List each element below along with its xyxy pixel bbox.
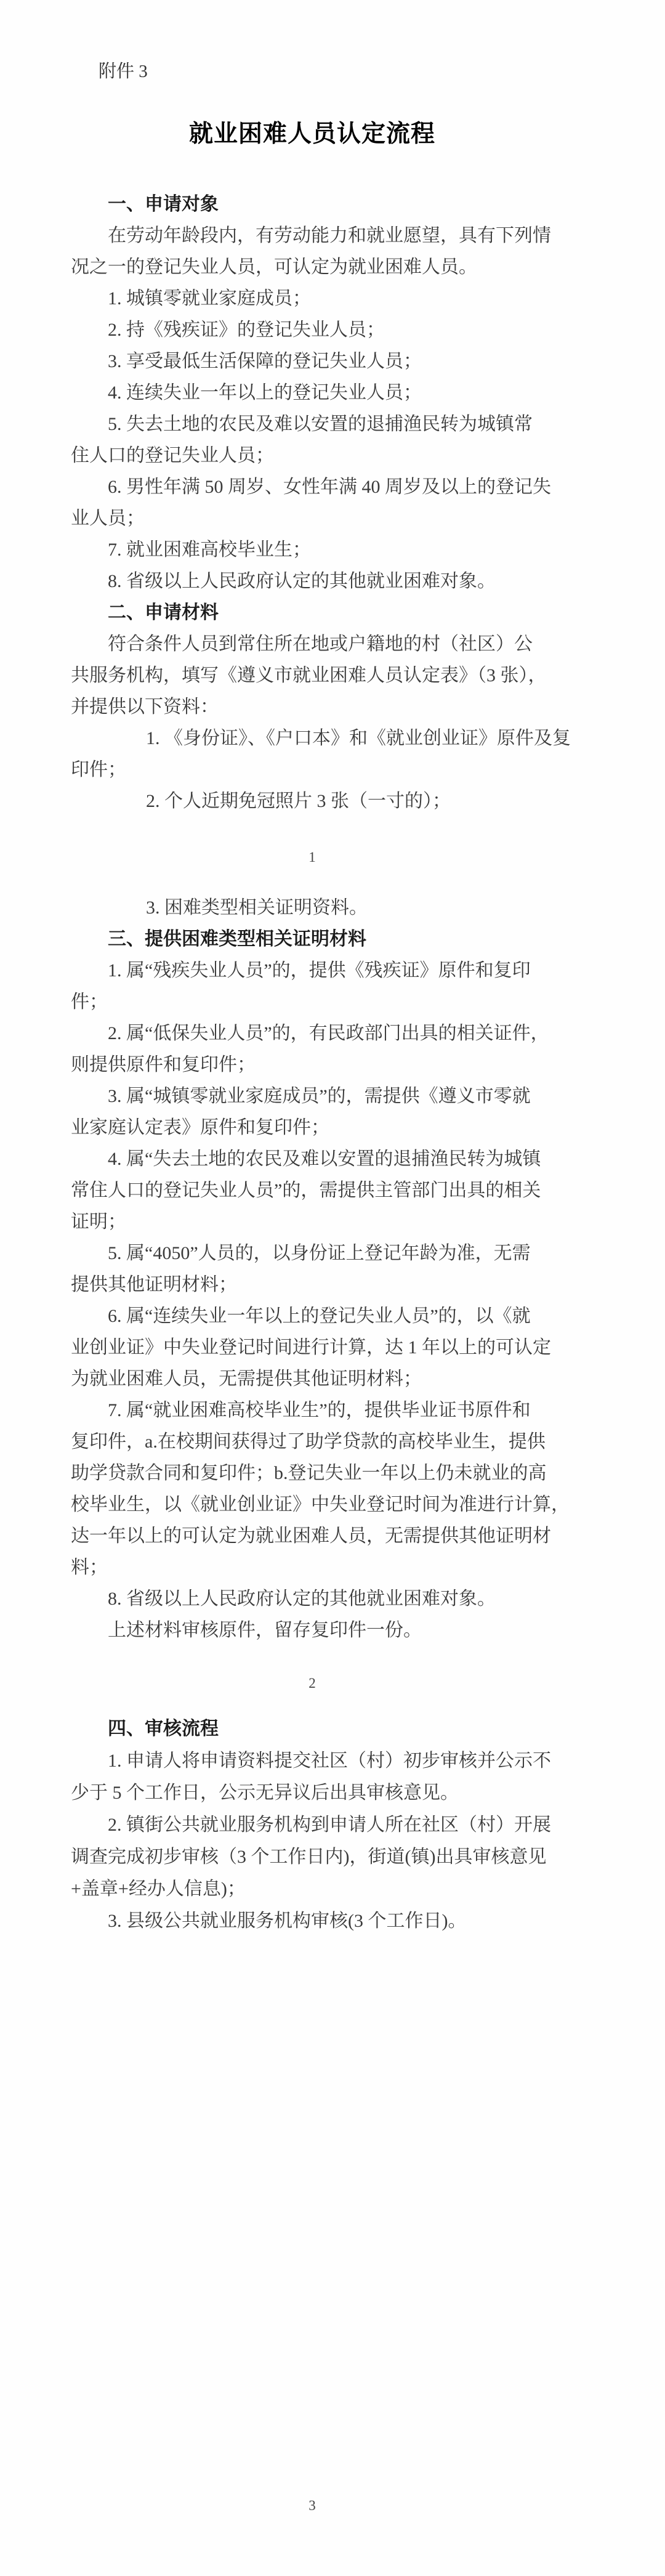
- text-line: +盖章+经办人信息)；: [71, 1873, 554, 1905]
- section-heading: 四、审核流程: [71, 1713, 554, 1745]
- text-line: 助学贷款合同和复印件；b.登记失业一年以上仍未就业的高: [71, 1457, 554, 1489]
- text-line: 1. 《身份证》、《户口本》和《就业创业证》原件及复: [71, 723, 554, 754]
- text-line: 4. 属“失去土地的农民及难以安置的退捕渔民转为城镇: [71, 1143, 554, 1175]
- text-line: 3. 县级公共就业服务机构审核(3 个工作日)。: [71, 1905, 554, 1937]
- text-line: 共服务机构，填写《遵义市就业困难人员认定表》（3 张），: [71, 660, 554, 691]
- text-line: 业家庭认定表》原件和复印件；: [71, 1112, 554, 1143]
- text-line: 符合条件人员到常住所在地或户籍地的村（社区）公: [71, 628, 554, 660]
- text-line: 8. 省级以上人民政府认定的其他就业困难对象。: [71, 1583, 554, 1614]
- text-line: 少于 5 个工作日，公示无异议后出具审核意见。: [71, 1777, 554, 1809]
- attachment-label: 附件 3: [99, 60, 148, 83]
- text-line: 为就业困难人员，无需提供其他证明材料；: [71, 1363, 554, 1395]
- text-line: 2. 个人近期免冠照片 3 张（一寸的）；: [71, 785, 554, 817]
- text-line: 5. 失去土地的农民及难以安置的退捕渔民转为城镇常: [71, 408, 554, 440]
- text-line: 校毕业生，以《就业创业证》中失业登记时间为准进行计算，: [71, 1489, 554, 1520]
- section-heading: 一、申请对象: [71, 188, 554, 220]
- document-title: 就业困难人员认定流程: [71, 115, 554, 149]
- page-1-content: 一、申请对象在劳动年龄段内，有劳动能力和就业愿望，具有下列情况之一的登记失业人员…: [71, 188, 554, 817]
- text-line: 1. 申请人将申请资料提交社区（村）初步审核并公示不: [71, 1745, 554, 1777]
- text-line: 4. 连续失业一年以上的登记失业人员；: [71, 377, 554, 408]
- text-line: 6. 男性年满 50 周岁、女性年满 40 周岁及以上的登记失: [71, 471, 554, 503]
- page-2-content: 3. 困难类型相关证明资料。三、提供困难类型相关证明材料1. 属“残疾失业人员”…: [71, 892, 554, 1646]
- text-line: 则提供原件和复印件；: [71, 1049, 554, 1080]
- text-line: 在劳动年龄段内，有劳动能力和就业愿望，具有下列情: [71, 220, 554, 251]
- document-page: 附件 3 就业困难人员认定流程 一、申请对象在劳动年龄段内，有劳动能力和就业愿望…: [0, 0, 665, 2576]
- text-line: 业人员；: [71, 503, 554, 534]
- text-line: 5. 属“4050”人员的，以身份证上登记年龄为准，无需: [71, 1237, 554, 1269]
- text-line: 件；: [71, 986, 554, 1018]
- text-line: 6. 属“连续失业一年以上的登记失业人员”的，以《就: [71, 1300, 554, 1332]
- text-line: 常住人口的登记失业人员”的，需提供主管部门出具的相关: [71, 1175, 554, 1206]
- text-line: 7. 属“就业困难高校毕业生”的，提供毕业证书原件和: [71, 1395, 554, 1426]
- page-3-content: 四、审核流程1. 申请人将申请资料提交社区（村）初步审核并公示不少于 5 个工作…: [71, 1713, 554, 1937]
- text-line: 2. 属“低保失业人员”的，有民政部门出具的相关证件，: [71, 1018, 554, 1049]
- page-number-1: 1: [71, 849, 554, 866]
- text-line: 1. 城镇零就业家庭成员；: [71, 283, 554, 314]
- page-number-2: 2: [71, 1675, 554, 1692]
- section-heading: 三、提供困难类型相关证明材料: [71, 923, 554, 955]
- text-line: 并提供以下资料：: [71, 691, 554, 723]
- text-line: 2. 镇街公共就业服务机构到申请人所在社区（村）开展: [71, 1809, 554, 1841]
- text-line: 上述材料审核原件，留存复印件一份。: [71, 1614, 554, 1646]
- text-line: 达一年以上的可认定为就业困难人员，无需提供其他证明材: [71, 1520, 554, 1552]
- text-line: 1. 属“残疾失业人员”的，提供《残疾证》原件和复印: [71, 955, 554, 986]
- text-line: 复印件，a.在校期间获得过了助学贷款的高校毕业生，提供: [71, 1426, 554, 1457]
- text-line: 3. 困难类型相关证明资料。: [71, 892, 554, 923]
- text-line: 3. 享受最低生活保障的登记失业人员；: [71, 346, 554, 377]
- page-number-3: 3: [71, 2497, 554, 2514]
- text-line: 证明；: [71, 1206, 554, 1237]
- text-line: 业创业证》中失业登记时间进行计算，达 1 年以上的可认定: [71, 1332, 554, 1363]
- text-line: 8. 省级以上人民政府认定的其他就业困难对象。: [71, 565, 554, 597]
- text-line: 3. 属“城镇零就业家庭成员”的，需提供《遵义市零就: [71, 1080, 554, 1112]
- section-heading: 二、申请材料: [71, 597, 554, 628]
- text-line: 况之一的登记失业人员，可认定为就业困难人员。: [71, 251, 554, 283]
- text-line: 调查完成初步审核（3 个工作日内)，街道(镇)出具审核意见: [71, 1841, 554, 1873]
- text-line: 住人口的登记失业人员；: [71, 440, 554, 471]
- text-line: 提供其他证明材料；: [71, 1269, 554, 1300]
- text-line: 2. 持《残疾证》的登记失业人员；: [71, 314, 554, 346]
- text-line: 印件；: [71, 754, 554, 785]
- text-line: 7. 就业困难高校毕业生；: [71, 534, 554, 565]
- text-line: 料；: [71, 1552, 554, 1583]
